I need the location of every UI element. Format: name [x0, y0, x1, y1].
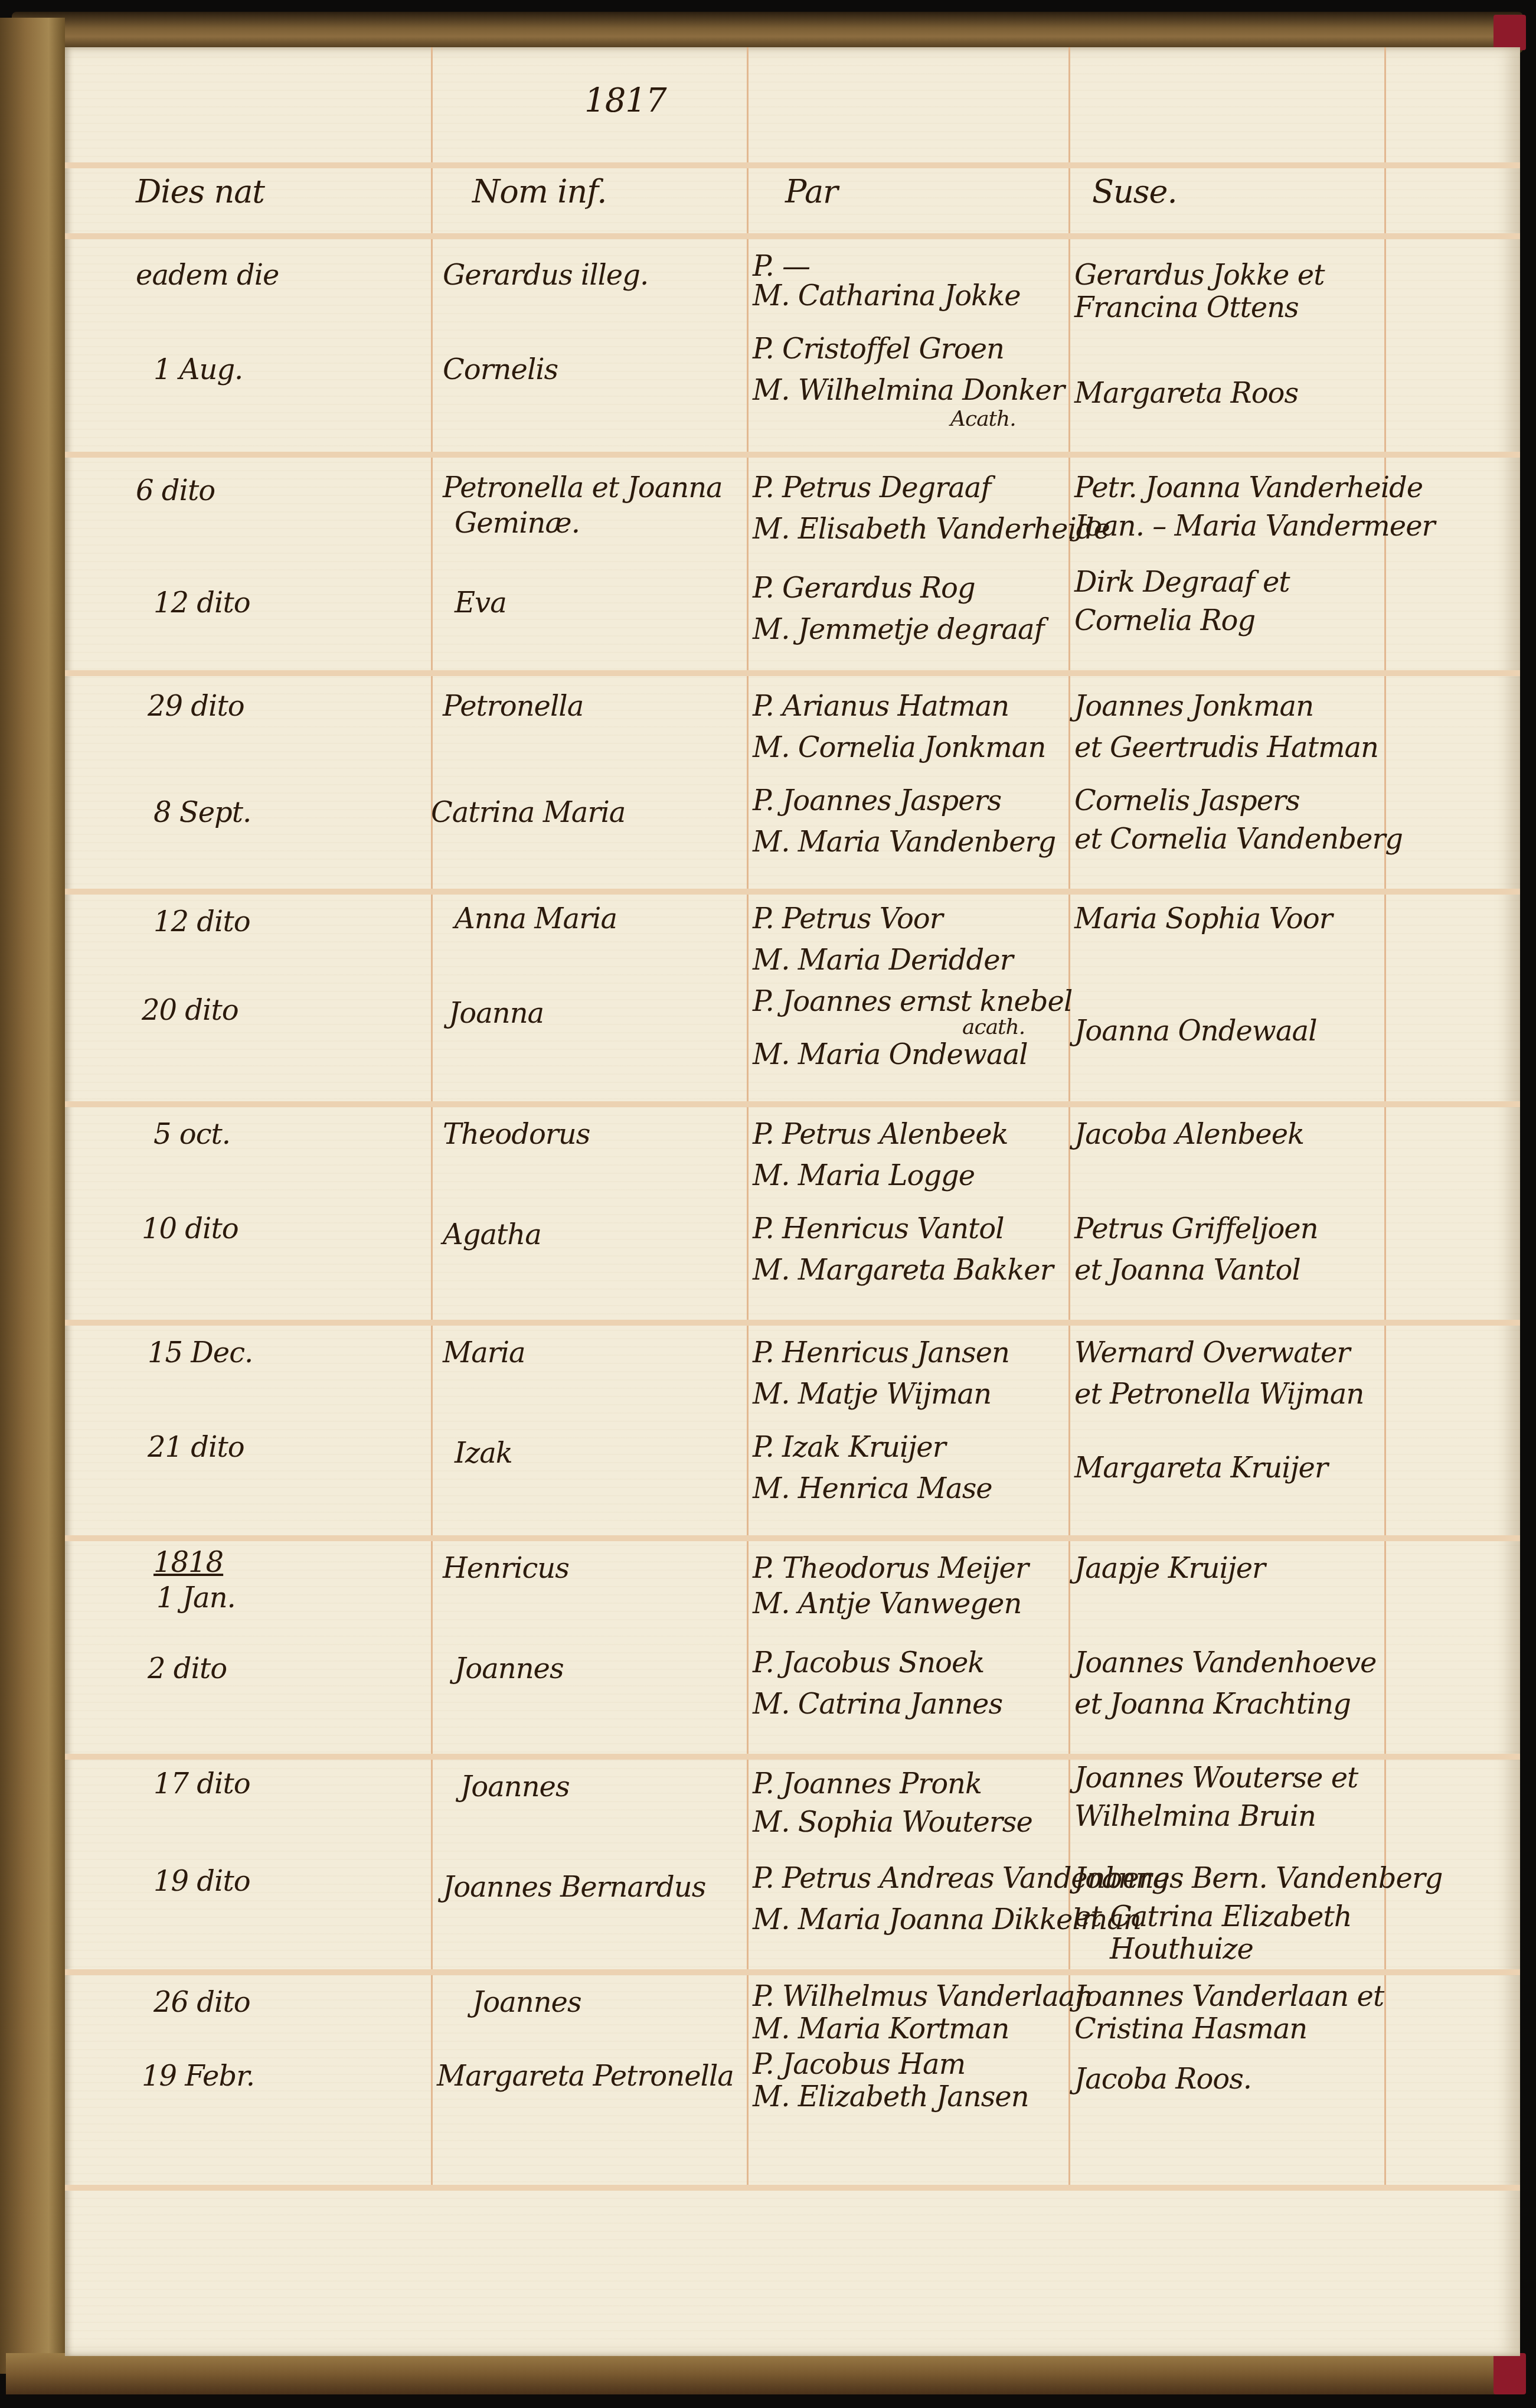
entry-sponsors: Joannes Vandenhoeve	[1074, 1647, 1376, 1679]
entry-father: P. Petrus Voor	[753, 903, 943, 935]
entry-name: Gerardus illeg.	[443, 260, 648, 291]
row-rule	[65, 670, 1520, 676]
entry-sponsors: Jacoba Alenbeek	[1074, 1119, 1304, 1150]
entry-father-note: acath.	[962, 1016, 1025, 1039]
entry-date: 8 Sept.	[153, 797, 251, 828]
row-rule	[65, 1969, 1520, 1975]
entry-sponsors: Dirk Degraaf et	[1074, 567, 1290, 598]
entry-date: 19 Febr.	[142, 2061, 254, 2092]
entry-date: 10 dito	[142, 1213, 238, 1245]
entry-date: 5 oct.	[153, 1119, 230, 1150]
entry-name: Joannes Bernardus	[443, 1872, 705, 1903]
ribbon-marker-top	[1493, 15, 1526, 50]
entry-sponsors: Cornelia Rog	[1074, 605, 1255, 637]
entry-date: 17 dito	[153, 1769, 250, 1800]
entry-mother: M. Catrina Jannes	[753, 1689, 1002, 1720]
column-header-parents: Par	[785, 174, 838, 209]
row-rule	[65, 1535, 1520, 1541]
row-rule	[65, 889, 1520, 895]
entry-father: P. Gerardus Rog	[753, 573, 975, 604]
entry-name-note: Geminæ.	[455, 508, 580, 539]
entry-mother: M. Wilhelmina Donker	[753, 375, 1064, 406]
entry-father: P. Cristoffel Groen	[753, 334, 1004, 365]
entry-father: P. Petrus Alenbeek	[753, 1119, 1008, 1150]
entry-father: P. Theodorus Meijer	[753, 1553, 1028, 1584]
entry-sponsors: Joannes Jonkman	[1074, 691, 1313, 722]
column-header-name: Nom inf.	[472, 174, 606, 209]
entry-sponsors: et Petronella Wijman	[1074, 1379, 1364, 1410]
entry-name: Theodorus	[443, 1119, 590, 1150]
entry-sponsors: Wernard Overwater	[1074, 1337, 1349, 1369]
year-heading: 1817	[584, 83, 666, 119]
register-page: 1817 Dies nat Nom inf. Par Suse. eadem d…	[65, 47, 1520, 2356]
entry-sponsors: Joannes Bern. Vandenberg	[1074, 1863, 1443, 1894]
entry-sponsors: Margareta Kruijer	[1074, 1453, 1328, 1484]
column-header-sponsors: Suse.	[1092, 174, 1177, 209]
entry-father: P. Henricus Vantol	[753, 1213, 1004, 1245]
entry-father: P. Izak Kruijer	[753, 1432, 946, 1463]
entry-date: eadem die	[136, 260, 279, 291]
entry-sponsors: Houthuize	[1110, 1934, 1253, 1965]
entry-mother: M. Elizabeth Jansen	[753, 2081, 1029, 2113]
entry-sponsors: et Catrina Elizabeth	[1074, 1901, 1352, 1933]
entry-sponsors: Petrus Griffeljoen	[1074, 1213, 1318, 1245]
row-rule	[65, 1754, 1520, 1760]
entry-sponsors: Jaapje Kruijer	[1074, 1553, 1265, 1584]
row-rule	[65, 2185, 1520, 2191]
entry-name: Joannes	[472, 1987, 581, 2018]
entry-date: 19 dito	[153, 1866, 250, 1897]
entry-mother: M. Maria Logge	[753, 1160, 975, 1192]
entry-sponsors: Wilhelmina Bruin	[1074, 1801, 1316, 1832]
row-rule	[65, 1101, 1520, 1107]
entry-sponsors: Gerardus Jokke et	[1074, 260, 1324, 291]
entry-date: 2 dito	[148, 1653, 227, 1685]
entry-name: Agatha	[443, 1219, 541, 1251]
entry-date: 20 dito	[142, 995, 238, 1026]
entry-sponsors: Francina Ottens	[1074, 292, 1299, 324]
entry-mother: M. Cornelia Jonkman	[753, 732, 1045, 763]
entry-mother: M. Sophia Wouterse	[753, 1807, 1032, 1838]
entry-date: 12 dito	[153, 906, 250, 938]
entry-date: 21 dito	[148, 1432, 244, 1463]
book-binding-bottom	[6, 2353, 1523, 2394]
entry-name: Izak	[455, 1438, 512, 1469]
entry-date: 12 dito	[153, 588, 250, 619]
entry-mother: M. Maria Vandenberg	[753, 827, 1055, 858]
entry-mother: M. Margareta Bakker	[753, 1255, 1053, 1286]
entry-name: Catrina Maria	[431, 797, 625, 828]
entry-father: P. Jacobus Snoek	[753, 1647, 984, 1679]
entry-sponsors: et Geertrudis Hatman	[1074, 732, 1378, 763]
entry-mother: M. Elisabeth Vanderheide	[753, 514, 1110, 545]
entry-father: P. Joannes Jaspers	[753, 785, 1001, 817]
ribbon-marker-bottom	[1493, 2353, 1526, 2394]
entry-date: 29 dito	[148, 691, 244, 722]
entry-name: Margareta Petronella	[437, 2061, 734, 2092]
entry-name: Joannes	[460, 1771, 570, 1803]
entry-mother: M. Maria Ondewaal	[753, 1039, 1028, 1071]
entry-father: P. —	[753, 251, 810, 282]
entry-mother-note: Acath.	[950, 407, 1016, 431]
row-rule	[65, 452, 1520, 458]
entry-sponsors: Cornelis Jaspers	[1074, 785, 1300, 817]
entry-father: P. Joannes ernst knebel	[753, 986, 1072, 1017]
entry-mother: M. Antje Vanwegen	[753, 1588, 1021, 1620]
entry-father: P. Jacobus Ham	[753, 2049, 965, 2080]
entry-date: 26 dito	[153, 1987, 250, 2018]
row-rule	[65, 233, 1520, 239]
column-rule	[431, 47, 433, 2188]
entry-date: 6 dito	[136, 475, 215, 507]
column-header-date: Dies nat	[136, 174, 264, 209]
entry-sponsors: Joannes Wouterse et	[1074, 1763, 1358, 1794]
entry-name: Joanna	[449, 998, 544, 1029]
entry-mother: M. Matje Wijman	[753, 1379, 991, 1410]
book-binding-spine	[0, 18, 65, 2374]
entry-date: 15 Dec.	[148, 1337, 253, 1369]
entry-name: Henricus	[443, 1553, 569, 1584]
entry-name: Petronella et Joanna	[443, 472, 723, 504]
entry-name: Joannes	[455, 1653, 564, 1685]
entry-sponsors: Margareta Roos	[1074, 378, 1298, 409]
entry-name: Petronella	[443, 691, 583, 722]
entry-date: 1 Aug.	[153, 354, 243, 386]
entry-year-marker: 1818	[153, 1547, 223, 1578]
entry-sponsors: Cristina Hasman	[1074, 2014, 1307, 2045]
entry-sponsors: et Joanna Krachting	[1074, 1689, 1351, 1720]
entry-father: P. Arianus Hatman	[753, 691, 1009, 722]
entry-name: Eva	[455, 588, 506, 619]
entry-sponsors: et Cornelia Vandenberg	[1074, 824, 1403, 855]
entry-mother: M. Jemmetje degraaf	[753, 614, 1044, 645]
column-rule	[747, 47, 749, 2188]
entry-father: P. Henricus Jansen	[753, 1337, 1009, 1369]
entry-mother: M. Maria Deridder	[753, 945, 1013, 976]
entry-date: 1 Jan.	[156, 1583, 236, 1614]
row-rule	[65, 162, 1520, 168]
entry-mother: M. Maria Kortman	[753, 2014, 1009, 2045]
entry-sponsors: Petr. Joanna Vanderheide	[1074, 472, 1423, 504]
entry-sponsors: Maria Sophia Voor	[1074, 903, 1332, 935]
entry-mother: M. Catharina Jokke	[753, 280, 1021, 312]
entry-mother: M. Henrica Mase	[753, 1473, 992, 1505]
entry-father: P. Petrus Degraaf	[753, 472, 991, 504]
entry-sponsors: Joannes Vanderlaan et	[1074, 1981, 1384, 2012]
entry-name: Cornelis	[443, 354, 558, 386]
entry-father: P. Joannes Pronk	[753, 1769, 982, 1800]
entry-sponsors: et Joanna Vantol	[1074, 1255, 1300, 1286]
entry-name: Maria	[443, 1337, 525, 1369]
entry-sponsors: Joan. – Maria Vandermeer	[1074, 511, 1435, 542]
entry-father: P. Wilhelmus Vanderlaan	[753, 1981, 1093, 2012]
entry-name: Anna Maria	[455, 903, 617, 935]
row-rule	[65, 1320, 1520, 1326]
entry-sponsors: Joanna Ondewaal	[1074, 1016, 1317, 1047]
entry-sponsors: Jacoba Roos.	[1074, 2064, 1251, 2095]
